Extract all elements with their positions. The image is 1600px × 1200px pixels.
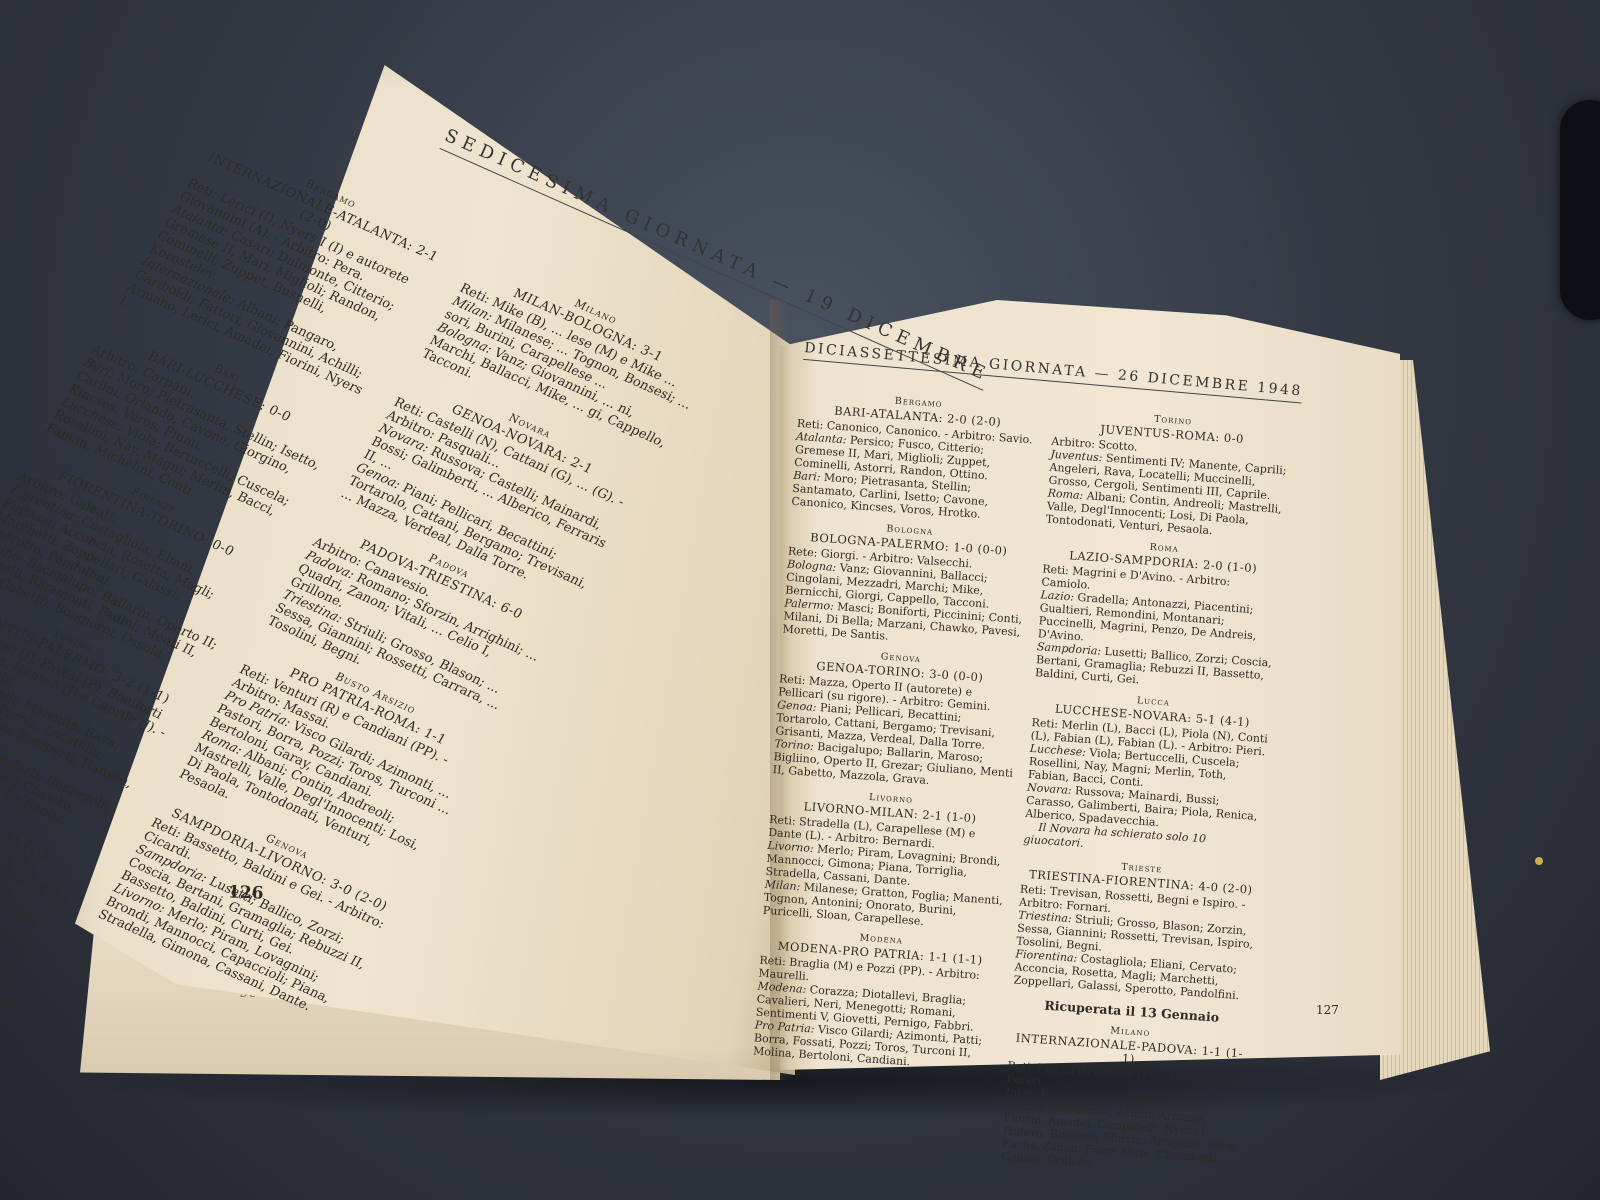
- match-report: RomaLAZIO-SAMPDORIA: 2-0 (1-0)Reti: Magr…: [1035, 533, 1285, 695]
- page-number-left: 126: [228, 882, 264, 903]
- page-number-right: 127: [1316, 1003, 1339, 1017]
- match-report: Ricuperata il 13 GennaioMilanoINTERNAZIO…: [1001, 996, 1252, 1179]
- right-column-1: BergamoBARI-ATALANTA: 2-0 (2-0)Reti: Can…: [753, 380, 1040, 1074]
- match-report: LivornoLIVORNO-MILAN: 2-1 (1-0)Reti: Str…: [762, 784, 1011, 933]
- match-report: GenovaGENOA-TORINO: 3-0 (0-0)Reti: Mazza…: [772, 643, 1021, 792]
- paper-crumb: [1535, 857, 1543, 865]
- match-report: TriesteTRIESTINA-FIORENTINA: 4-0 (2-0)Re…: [1013, 854, 1262, 1003]
- match-report: BolognaBOLOGNA-PALERMO: 1-0 (0-0)Rete: G…: [782, 516, 1030, 652]
- match-report: BergamoBARI-ATALANTA: 2-0 (2-0)Reti: Can…: [791, 388, 1039, 524]
- dark-object-edge: [1560, 100, 1600, 320]
- match-report: ModenaMODENA-PRO PATRIA: 1-1 (1-1)Reti: …: [753, 925, 1002, 1074]
- match-report: LuccaLUCCHESE-NOVARA: 5-1 (4-1)Reti: Mer…: [1023, 687, 1274, 862]
- match-report: TorinoJUVENTUS-ROMA: 0-0Arbitro: Scotto.…: [1045, 406, 1293, 542]
